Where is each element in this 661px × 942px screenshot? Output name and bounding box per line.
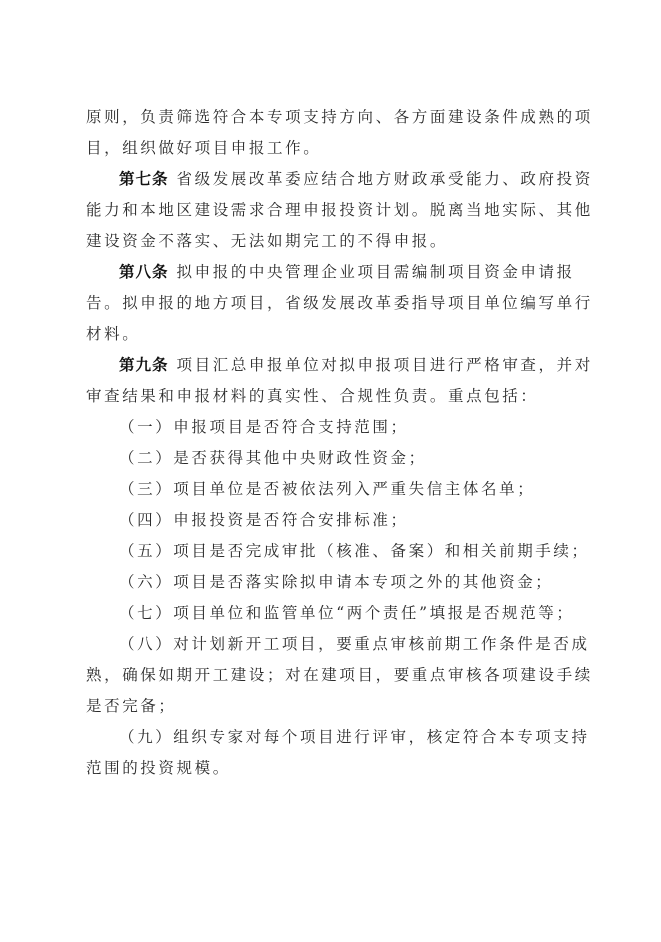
text-line: 告。拟申报的地方项目，省级发展改革委指导项目单位编写单行 <box>86 288 576 319</box>
list-item: （四）申报投资是否符合安排标准； <box>86 505 576 536</box>
list-item: （三）项目单位是否被依法列入严重失信主体名单； <box>86 474 576 505</box>
document-page: 原则，负责筛选符合本专项支持方向、各方面建设条件成熟的项 目，组织做好项目申报工… <box>86 102 576 784</box>
review-items-list: （一）申报项目是否符合支持范围； （二）是否获得其他中央财政性资金； （三）项目… <box>86 412 576 784</box>
article-7: 第七条省级发展改革委应结合地方财政承受能力、政府投资 能力和本地区建设需求合理申… <box>86 164 576 257</box>
text-line: 省级发展改革委应结合地方财政承受能力、政府投资 <box>177 170 593 188</box>
text-line: （九）组织专家对每个项目进行评审，核定符合本专项支持 <box>86 722 576 753</box>
text-line: 材料。 <box>86 319 576 350</box>
list-item: （七）项目单位和监管单位“两个责任”填报是否规范等； <box>86 598 576 629</box>
text-line: （八）对计划新开工项目，要重点审核前期工作条件是否成 <box>86 629 576 660</box>
list-item: （六）项目是否落实除拟申请本专项之外的其他资金； <box>86 567 576 598</box>
text-line: 拟申报的中央管理企业项目需编制项目资金申请报 <box>177 263 575 281</box>
text-line: 建设资金不落实、无法如期完工的不得申报。 <box>86 226 576 257</box>
list-item: （八）对计划新开工项目，要重点审核前期工作条件是否成 熟，确保如期开工建设；对在… <box>86 629 576 722</box>
article-9: 第九条项目汇总申报单位对拟申报项目进行严格审查，并对 审查结果和申报材料的真实性… <box>86 350 576 412</box>
article-heading: 第九条 <box>119 356 169 374</box>
text-line: 是否完备； <box>86 691 576 722</box>
text-line: 能力和本地区建设需求合理申报投资计划。脱离当地实际、其他 <box>86 195 576 226</box>
article-8: 第八条拟申报的中央管理企业项目需编制项目资金申请报 告。拟申报的地方项目，省级发… <box>86 257 576 350</box>
list-item: （一）申报项目是否符合支持范围； <box>86 412 576 443</box>
list-item: （五）项目是否完成审批（核准、备案）和相关前期手续； <box>86 536 576 567</box>
article-heading: 第八条 <box>119 263 169 281</box>
article-heading: 第七条 <box>119 170 169 188</box>
text-line: 原则，负责筛选符合本专项支持方向、各方面建设条件成熟的项 <box>86 102 576 133</box>
text-line: 范围的投资规模。 <box>86 753 576 784</box>
text-line: 项目汇总申报单位对拟申报项目进行严格审查，并对 <box>177 356 593 374</box>
list-item: （二）是否获得其他中央财政性资金； <box>86 443 576 474</box>
list-item: （九）组织专家对每个项目进行评审，核定符合本专项支持 范围的投资规模。 <box>86 722 576 784</box>
text-line: 目，组织做好项目申报工作。 <box>86 133 576 164</box>
paragraph-principle: 原则，负责筛选符合本专项支持方向、各方面建设条件成熟的项 目，组织做好项目申报工… <box>86 102 576 164</box>
text-line: 审查结果和申报材料的真实性、合规性负责。重点包括： <box>86 381 576 412</box>
text-line: 熟，确保如期开工建设；对在建项目，要重点审核各项建设手续 <box>86 660 576 691</box>
